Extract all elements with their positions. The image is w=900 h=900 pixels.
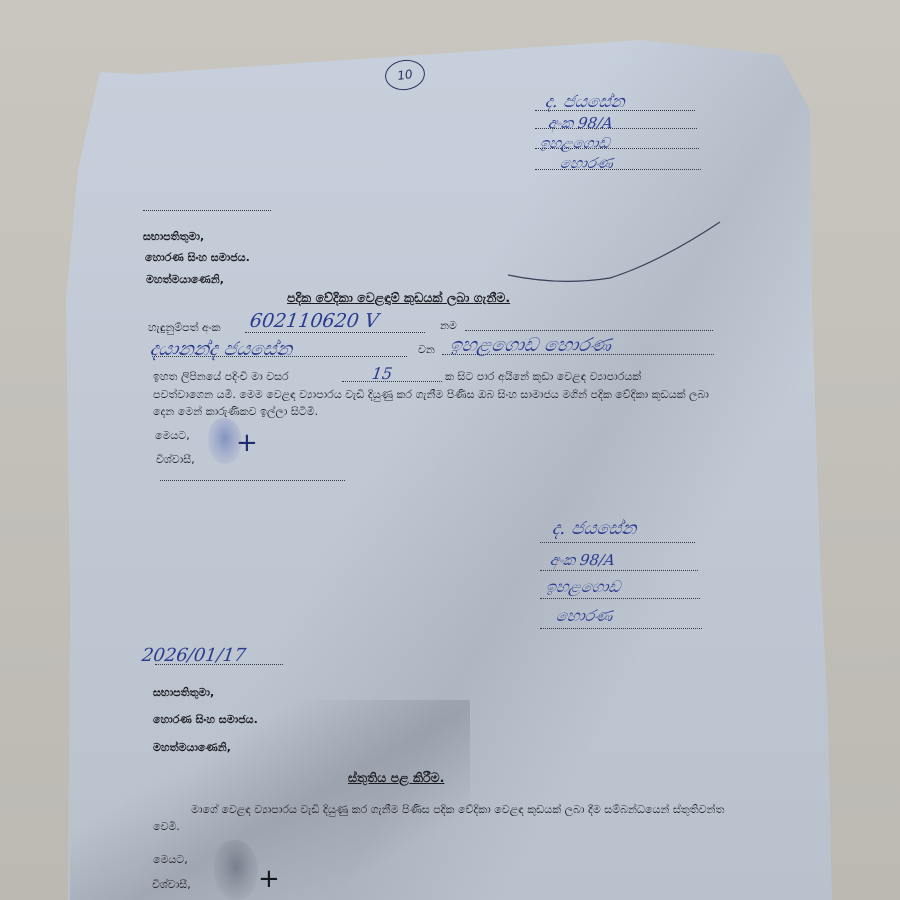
address-line: ඉහළගොඩ [545, 577, 622, 597]
dotted-line [540, 542, 695, 543]
salutation-line: හොරණ සිංහ සමාජය. [153, 713, 258, 727]
body-after-years: ක සිට පාර අයිනේ කුඩා වෙළඳ ව්‍යාපාරයක් [445, 370, 641, 384]
closing-line: විශ්වාසී, [152, 878, 191, 892]
id-label: හැඳුනුම්පත් අංක [148, 321, 221, 335]
body-prefix: ඉහත ලිපිනයේ පදිංචි මා වසර [153, 370, 289, 384]
dotted-line [540, 598, 700, 599]
letter2-date: 2026/01/17 [141, 645, 248, 666]
letter2-subject: ස්තුතිය පළ කිරීම. [348, 770, 444, 786]
salutation-line: හොරණ සිංහ සමාජය. [145, 251, 250, 265]
years-dotted-line [342, 381, 442, 382]
salutation-line: සභාපතිතුමා, [143, 230, 204, 244]
id-value: 602110620 V [248, 310, 380, 332]
pen-stroke [0, 0, 900, 900]
dotted-line [540, 570, 698, 571]
name-dotted-line [465, 330, 713, 331]
letter1-subject: පදික වේදිකා වෙළඳාම් කුඩයක් ලබා ගැනීම. [287, 290, 510, 306]
salutation-line: මහත්මයාණෙනි, [153, 741, 231, 755]
date-dotted-line [155, 664, 283, 665]
address-line: හොරණ [555, 606, 614, 626]
address-line: අංක 98/A [549, 551, 617, 569]
closing-line: විශ්වාසී, [156, 453, 195, 467]
id-dotted-line [245, 332, 425, 333]
signature-dotted-line [160, 480, 345, 481]
letter1-body: පවත්වාගෙන යමි. මෙම වෙළඳ ව්‍යාපාරය වැඩි ද… [153, 386, 721, 420]
name-label: නම [440, 319, 457, 333]
closing-line: මෙයට, [155, 429, 190, 443]
signature-mark: + [236, 428, 258, 458]
village-value: ඉහළගොඩ හොරණ [448, 334, 612, 356]
thumbprint [214, 840, 258, 900]
salutation-line: මහත්මයාණෙනි, [146, 273, 224, 287]
name2-dotted-line [152, 356, 407, 357]
years-value: 15 [371, 364, 394, 383]
address-line: ද. ජයසේන [551, 518, 638, 539]
signature-mark: + [258, 864, 280, 894]
salutation-line: සභාපතිතුමා, [153, 686, 214, 700]
dotted-line [540, 628, 702, 629]
village-label: වන [418, 343, 435, 357]
closing-line: මෙයට, [153, 853, 188, 867]
letter2-body: මාගේ වෙළඳ ව්‍යාපාරය වැඩි දියුණු කර ගැනීම… [153, 801, 738, 835]
